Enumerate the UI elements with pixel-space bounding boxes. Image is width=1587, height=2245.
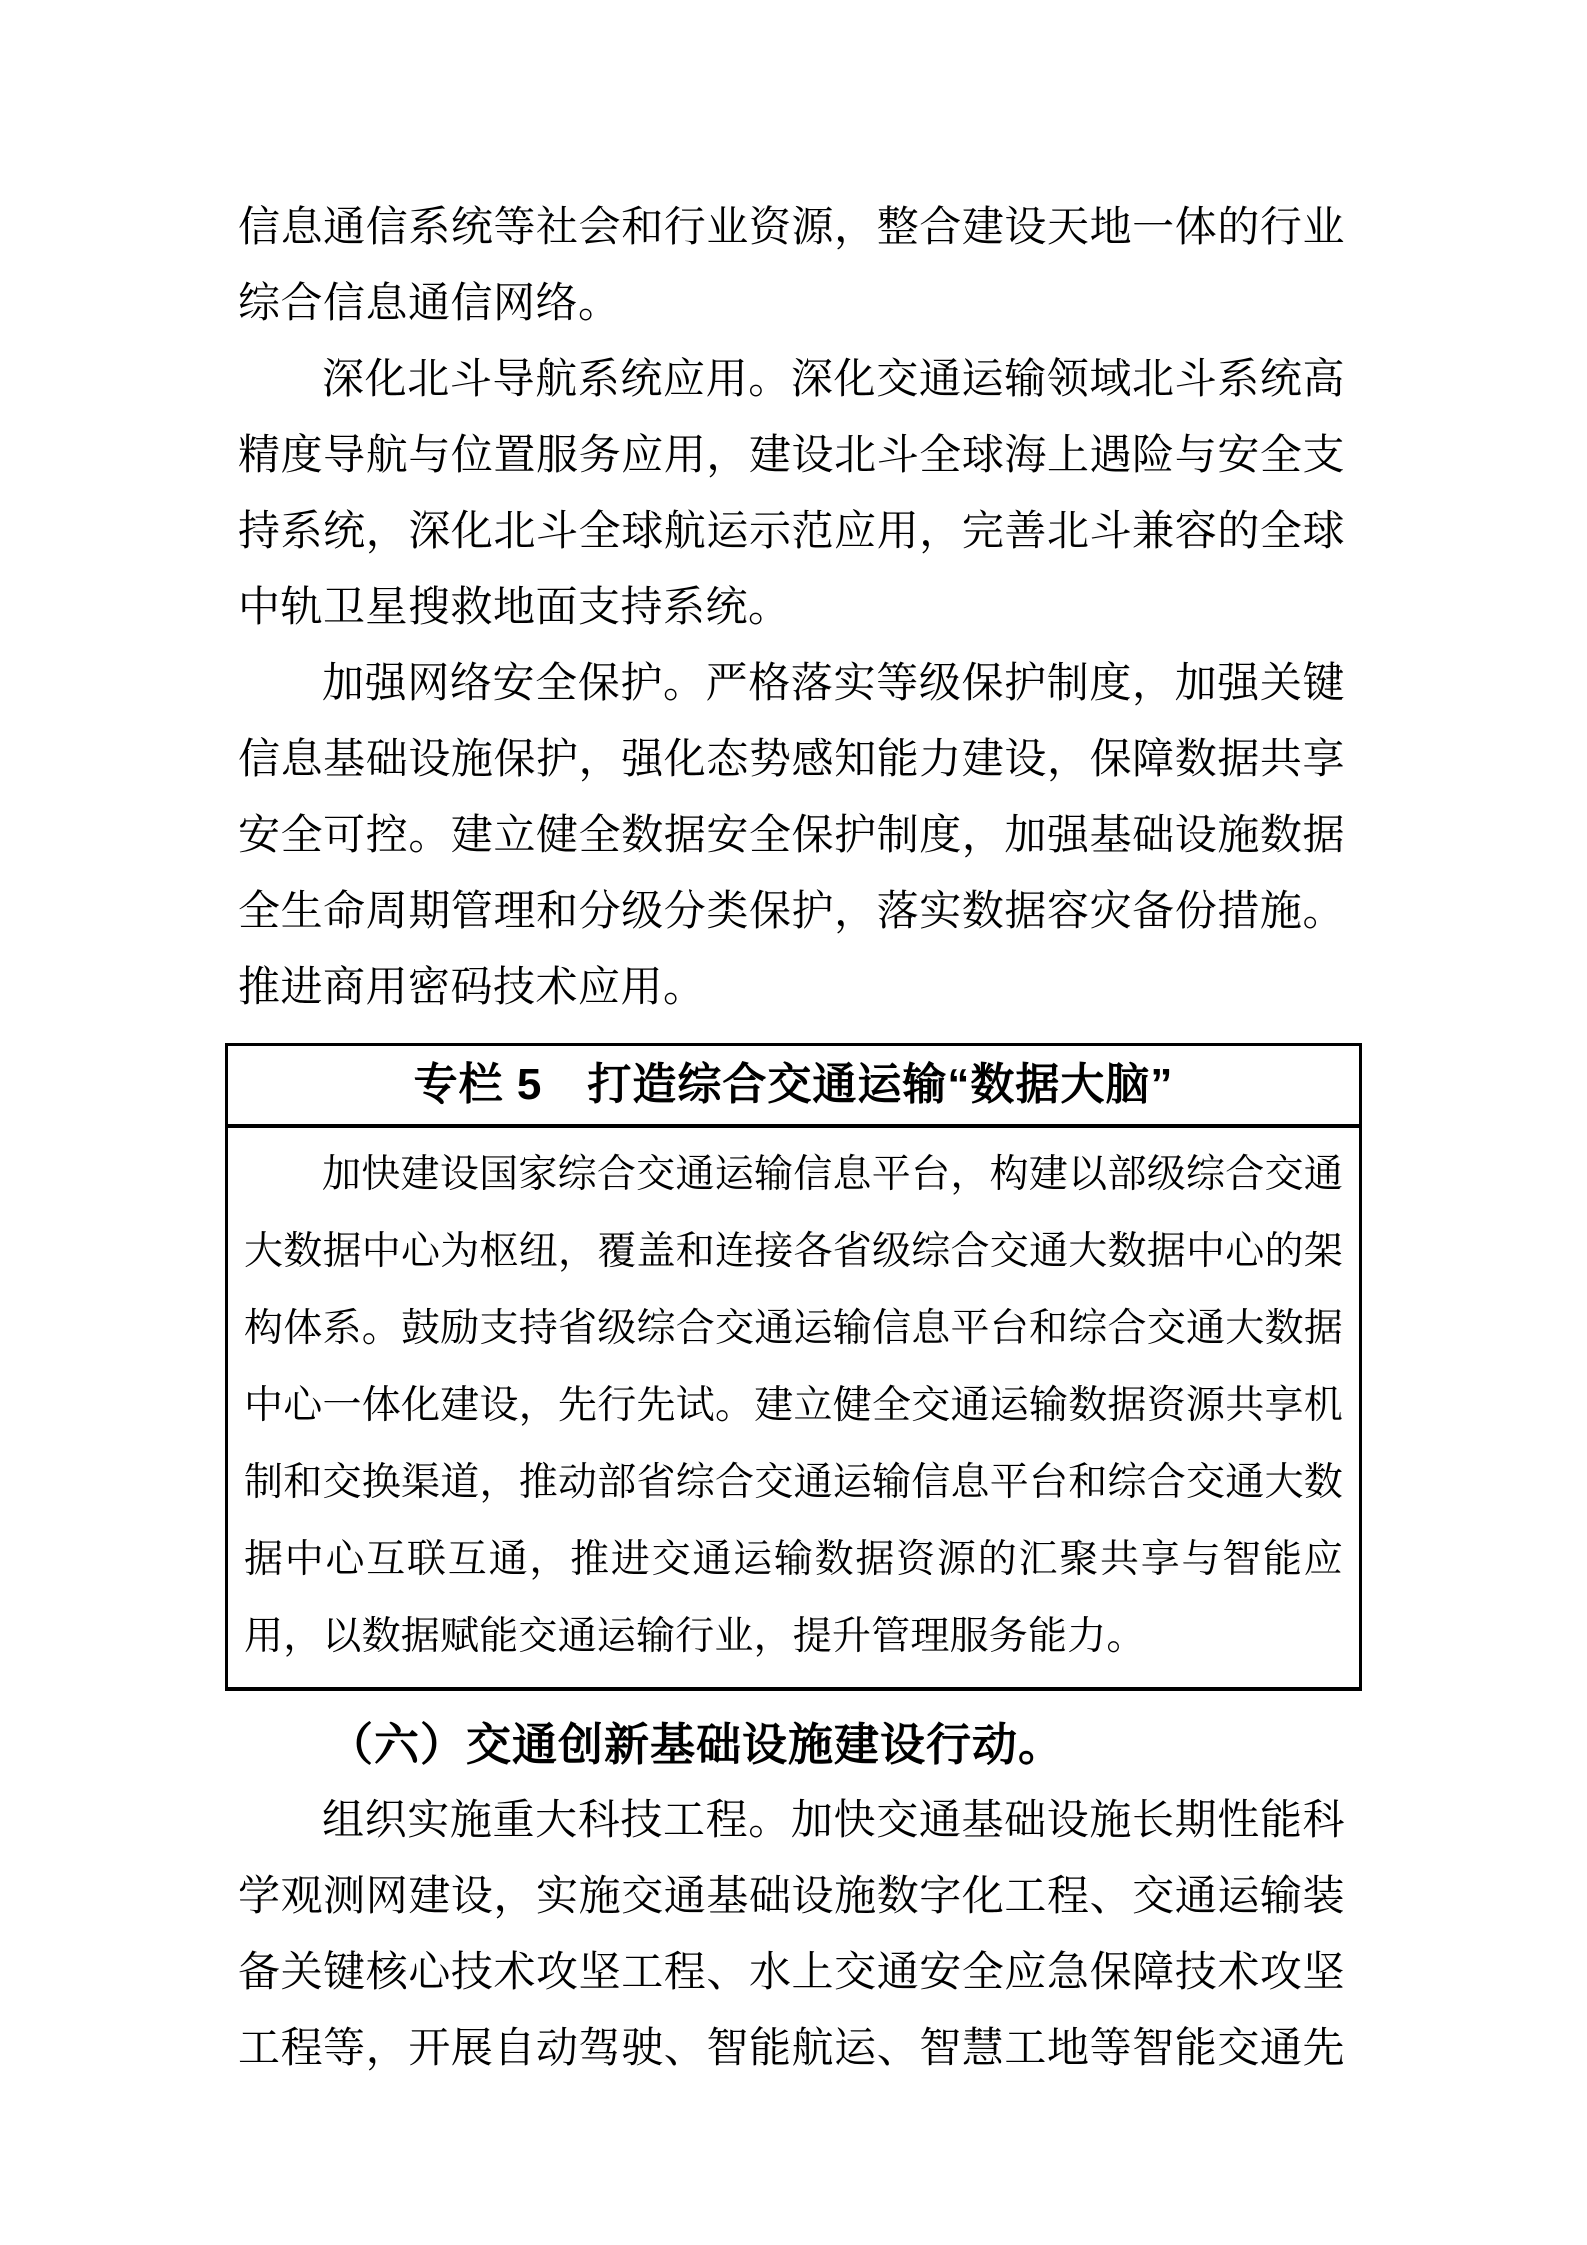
text-line: 精度导航与位置服务应用，建设北斗全球海上遇险与安全支 bbox=[238, 418, 1345, 494]
text-line: 综合信息通信网络。 bbox=[238, 266, 1345, 342]
callout-text-line: 制和交换渠道，推动部省综合交通运输信息平台和综合交通大数 bbox=[244, 1444, 1343, 1521]
text-line: 信息基础设施保护，强化态势感知能力建设，保障数据共享 bbox=[238, 722, 1345, 798]
body-text-block-top: 信息通信系统等社会和行业资源，整合建设天地一体的行业 综合信息通信网络。 深化北… bbox=[238, 190, 1345, 1026]
text-line: 持系统，深化北斗全球航运示范应用，完善北斗兼容的全球 bbox=[238, 494, 1345, 570]
section-heading: （六）交通创新基础设施建设行动。 bbox=[238, 1707, 1345, 1783]
callout-text-line: 据中心互联互通，推进交通运输数据资源的汇聚共享与智能应 bbox=[244, 1521, 1343, 1598]
text-line: 备关键核心技术攻坚工程、水上交通安全应急保障技术攻坚 bbox=[238, 1935, 1345, 2011]
document-page: 信息通信系统等社会和行业资源，整合建设天地一体的行业 综合信息通信网络。 深化北… bbox=[0, 0, 1587, 2245]
text-line: 信息通信系统等社会和行业资源，整合建设天地一体的行业 bbox=[238, 190, 1345, 266]
callout-text-line: 中心一体化建设，先行先试。建立健全交通运输数据资源共享机 bbox=[244, 1367, 1343, 1444]
callout-text-line: 大数据中心为枢纽，覆盖和连接各省级综合交通大数据中心的架 bbox=[244, 1213, 1343, 1290]
callout-text-line: 用，以数据赋能交通运输行业，提升管理服务能力。 bbox=[244, 1598, 1343, 1675]
text-line: 学观测网建设，实施交通基础设施数字化工程、交通运输装 bbox=[238, 1859, 1345, 1935]
text-line: 推进商用密码技术应用。 bbox=[238, 950, 1345, 1026]
callout-box-body: 加快建设国家综合交通运输信息平台，构建以部级综合交通 大数据中心为枢纽，覆盖和连… bbox=[228, 1128, 1359, 1687]
callout-text-line: 构体系。鼓励支持省级综合交通运输信息平台和综合交通大数据 bbox=[244, 1290, 1343, 1367]
callout-box-title: 专栏 5 打造综合交通运输“数据大脑” bbox=[228, 1046, 1359, 1128]
text-line: 安全可控。建立健全数据安全保护制度，加强基础设施数据 bbox=[238, 798, 1345, 874]
callout-box: 专栏 5 打造综合交通运输“数据大脑” 加快建设国家综合交通运输信息平台，构建以… bbox=[225, 1043, 1362, 1691]
text-line: 深化北斗导航系统应用。深化交通运输领域北斗系统高 bbox=[238, 342, 1345, 418]
text-line: 组织实施重大科技工程。加快交通基础设施长期性能科 bbox=[238, 1783, 1345, 1859]
text-line: 工程等，开展自动驾驶、智能航运、智慧工地等智能交通先 bbox=[238, 2011, 1345, 2087]
text-line: 中轨卫星搜救地面支持系统。 bbox=[238, 570, 1345, 646]
text-line: 全生命周期管理和分级分类保护，落实数据容灾备份措施。 bbox=[238, 874, 1345, 950]
text-line: 加强网络安全保护。严格落实等级保护制度，加强关键 bbox=[238, 646, 1345, 722]
body-text-block-bottom: 组织实施重大科技工程。加快交通基础设施长期性能科 学观测网建设，实施交通基础设施… bbox=[238, 1783, 1345, 2087]
callout-text-line: 加快建设国家综合交通运输信息平台，构建以部级综合交通 bbox=[244, 1136, 1343, 1213]
